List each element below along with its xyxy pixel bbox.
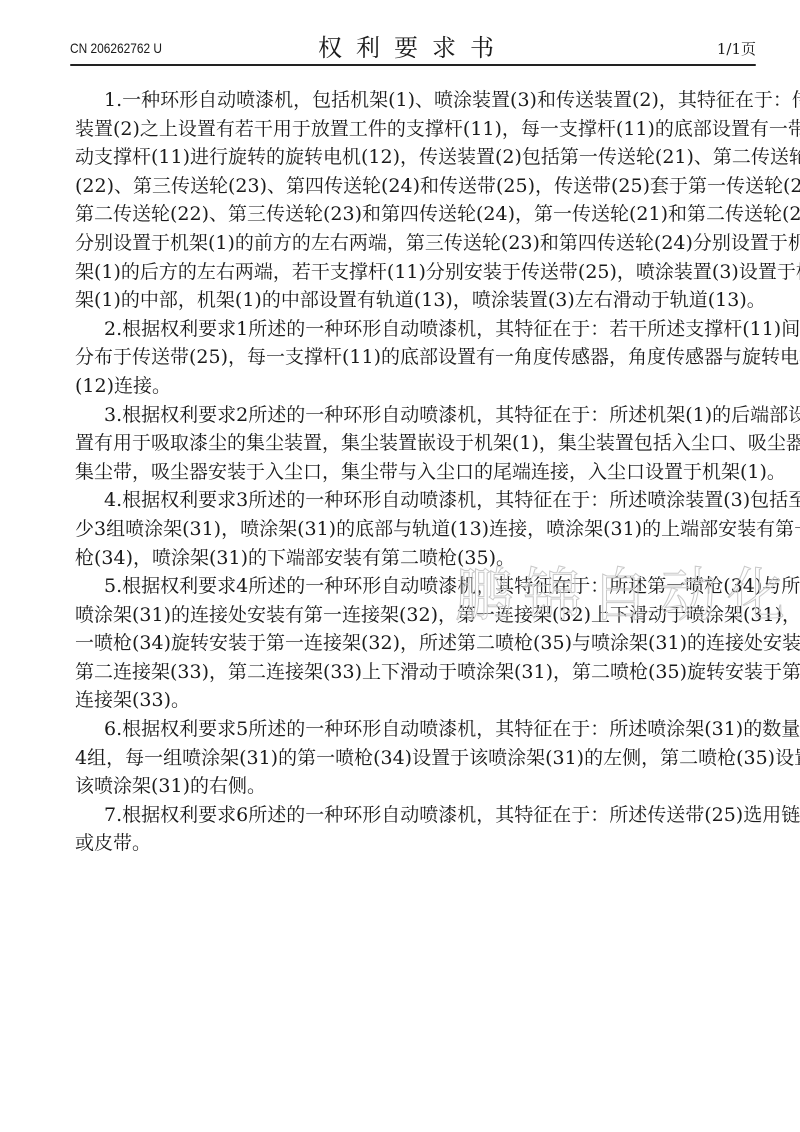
claim-line: 1.一种环形自动喷漆机，包括机架(1)、喷涂装置(3)和传送装置(2)，其特征在… [75, 86, 755, 115]
claim-line: 第二传送轮(22)、第三传送轮(23)和第四传送轮(24)，第一传送轮(21)和… [75, 200, 755, 229]
claim-line: (22)、第三传送轮(23)、第四传送轮(24)和传送带(25)，传送带(25)… [75, 172, 755, 201]
claim-2: 2.根据权利要求1所述的一种环形自动喷漆机，其特征在于：若干所述支撑杆(11)间… [75, 315, 755, 401]
claim-line: 架(1)的后方的左右两端，若干支撑杆(11)分别安装于传送带(25)，喷涂装置(… [75, 258, 755, 287]
claim-line: (12)连接。 [75, 372, 755, 401]
claim-line: 枪(34)，喷涂架(31)的下端部安装有第二喷枪(35)。 [75, 544, 755, 573]
claim-line: 一喷枪(34)旋转安装于第一连接架(32)，所述第二喷枪(35)与喷涂架(31)… [75, 629, 755, 658]
claim-line: 置有用于吸取漆尘的集尘装置，集尘装置嵌设于机架(1)，集尘装置包括入尘口、吸尘器… [75, 429, 755, 458]
page-header: CN 206262762 U 权利要求书 1/1页 [70, 28, 756, 62]
claim-4: 4.根据权利要求3所述的一种环形自动喷漆机，其特征在于：所述喷涂装置(3)包括至… [75, 486, 755, 572]
claim-5: 5.根据权利要求4所述的一种环形自动喷漆机，其特征在于：所述第一喷枪(34)与所… [75, 572, 755, 715]
claim-line: 动支撑杆(11)进行旋转的旋转电机(12)，传送装置(2)包括第一传送轮(21)… [75, 143, 755, 172]
claim-line: 该喷涂架(31)的右侧。 [75, 772, 755, 801]
claim-7: 7.根据权利要求6所述的一种环形自动喷漆机，其特征在于：所述传送带(25)选用链… [75, 801, 755, 858]
claim-line: 分别设置于机架(1)的前方的左右两端，第三传送轮(23)和第四传送轮(24)分别… [75, 229, 755, 258]
claim-line: 喷涂架(31)的连接处安装有第一连接架(32)，第一连接架(32)上下滑动于喷涂… [75, 601, 755, 630]
document-title: 权利要求书 [70, 28, 756, 63]
claim-line: 2.根据权利要求1所述的一种环形自动喷漆机，其特征在于：若干所述支撑杆(11)间… [75, 315, 755, 344]
claim-line: 或皮带。 [75, 829, 755, 858]
claim-line: 装置(2)之上设置有若干用于放置工件的支撑杆(11)，每一支撑杆(11)的底部设… [75, 115, 755, 144]
claim-line: 3.根据权利要求2所述的一种环形自动喷漆机，其特征在于：所述机架(1)的后端部设 [75, 401, 755, 430]
claim-6: 6.根据权利要求5所述的一种环形自动喷漆机，其特征在于：所述喷涂架(31)的数量… [75, 715, 755, 801]
claim-line: 少3组喷涂架(31)，喷涂架(31)的底部与轨道(13)连接，喷涂架(31)的上… [75, 515, 755, 544]
claim-line: 架(1)的中部，机架(1)的中部设置有轨道(13)，喷涂装置(3)左右滑动于轨道… [75, 286, 755, 315]
page-number: 1/1页 [717, 38, 756, 59]
header-rule [70, 64, 756, 66]
claim-3: 3.根据权利要求2所述的一种环形自动喷漆机，其特征在于：所述机架(1)的后端部设… [75, 401, 755, 487]
claim-line: 7.根据权利要求6所述的一种环形自动喷漆机，其特征在于：所述传送带(25)选用链… [75, 801, 755, 830]
claim-line: 6.根据权利要求5所述的一种环形自动喷漆机，其特征在于：所述喷涂架(31)的数量… [75, 715, 755, 744]
claims-body: 1.一种环形自动喷漆机，包括机架(1)、喷涂装置(3)和传送装置(2)，其特征在… [75, 86, 755, 858]
claim-line: 4.根据权利要求3所述的一种环形自动喷漆机，其特征在于：所述喷涂装置(3)包括至 [75, 486, 755, 515]
claim-line: 分布于传送带(25)，每一支撑杆(11)的底部设置有一角度传感器，角度传感器与旋… [75, 343, 755, 372]
claim-1: 1.一种环形自动喷漆机，包括机架(1)、喷涂装置(3)和传送装置(2)，其特征在… [75, 86, 755, 315]
claim-line: 第二连接架(33)，第二连接架(33)上下滑动于喷涂架(31)，第二喷枪(35)… [75, 658, 755, 687]
claim-line: 集尘带，吸尘器安装于入尘口，集尘带与入尘口的尾端连接，入尘口设置于机架(1)。 [75, 458, 755, 487]
claim-line: 5.根据权利要求4所述的一种环形自动喷漆机，其特征在于：所述第一喷枪(34)与所… [75, 572, 755, 601]
claim-line: 连接架(33)。 [75, 686, 755, 715]
claim-line: 4组，每一组喷涂架(31)的第一喷枪(34)设置于该喷涂架(31)的左侧，第二喷… [75, 744, 755, 773]
